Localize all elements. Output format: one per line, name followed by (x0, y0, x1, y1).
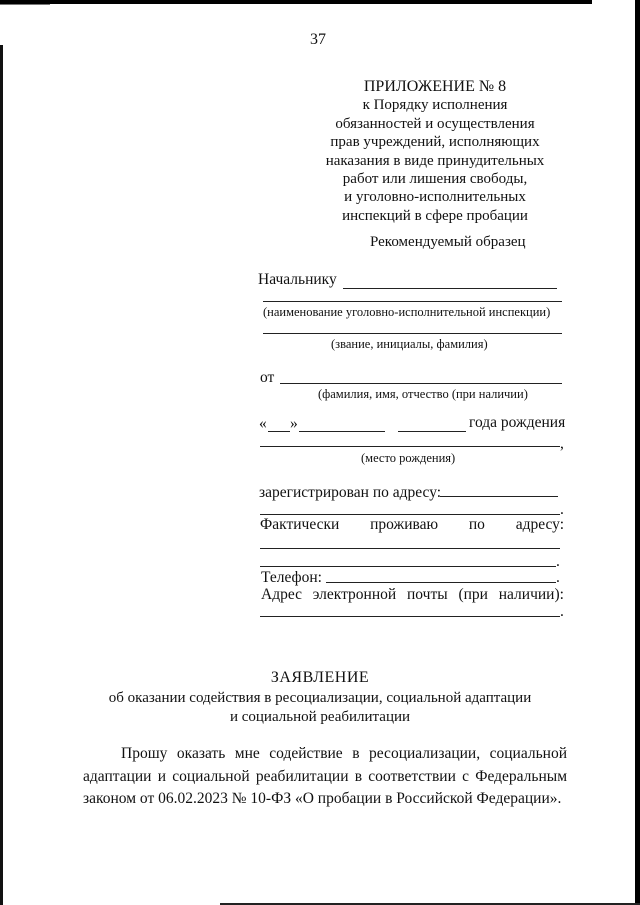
phone-field-line[interactable] (326, 582, 556, 583)
actual-address-field-line-1[interactable] (260, 548, 560, 549)
email-word: электронной (313, 586, 396, 604)
appendix-line: прав учреждений, исполняющих (300, 133, 570, 151)
email-label: Адрес электронной почты (при наличии): (261, 586, 564, 604)
actual-word: Фактически (260, 516, 339, 534)
actual-address-label: Фактически проживаю по адресу: (260, 516, 564, 534)
appendix-line: и уголовно-исполнительных (300, 188, 570, 206)
email-word: почты (407, 586, 448, 604)
to-label: Начальнику (258, 271, 337, 289)
statement-subtitle-line: и социальной реабилитации (60, 708, 580, 727)
date-close-quote: » (290, 415, 298, 433)
date-open-quote: « (259, 415, 267, 433)
scan-border-left (0, 45, 3, 905)
email-period: . (560, 603, 564, 621)
appendix-line: наказания в виде принудительных (300, 152, 570, 170)
birth-day-field-line[interactable] (268, 431, 290, 432)
email-word: Адрес (261, 586, 302, 604)
birthplace-field-line[interactable] (260, 446, 560, 447)
email-field-line[interactable] (260, 616, 560, 617)
appendix-line: работ или лишения свободы, (300, 170, 570, 188)
appendix-line: инспекций в сфере пробации (300, 207, 570, 225)
birthplace-comma: , (560, 435, 564, 453)
phone-period: . (556, 569, 560, 587)
rank-caption: (звание, инициалы, фамилия) (331, 337, 488, 352)
inspection-field-line[interactable] (263, 301, 562, 302)
birth-year-field-line[interactable] (398, 431, 466, 432)
to-field-line[interactable] (343, 288, 557, 289)
page-number: 37 (310, 31, 326, 49)
birthplace-caption: (место рождения) (361, 451, 455, 466)
statement-body: Прошу оказать мне содействие в ресоциали… (83, 743, 567, 811)
inspection-caption: (наименование уголовно-исполнительной ин… (263, 305, 550, 320)
scan-border-top-shadow (0, 4, 50, 5)
actual-word: адресу: (516, 516, 564, 534)
appendix-line: обязанностей и осуществления (300, 115, 570, 133)
from-label: от (260, 369, 274, 387)
appendix-title: ПРИЛОЖЕНИЕ № 8 (300, 78, 570, 96)
birth-month-field-line[interactable] (299, 431, 385, 432)
statement-subtitle: об оказании содействия в ресоциализации,… (60, 689, 580, 726)
fio-caption: (фамилия, имя, отчество (при наличии) (318, 387, 528, 402)
actual-word: по (469, 516, 485, 534)
recommended-sample-label: Рекомендуемый образец (370, 234, 526, 251)
registered-field-line-2[interactable] (260, 514, 560, 515)
email-word: (при (458, 586, 488, 604)
birth-year-label: года рождения (469, 414, 565, 432)
actual-address-field-line-2[interactable] (260, 566, 556, 567)
fio-field-line[interactable] (280, 383, 562, 384)
statement-body-paragraph: Прошу оказать мне содействие в ресоциали… (83, 743, 567, 811)
scan-border-top (0, 0, 592, 4)
phone-label: Телефон: (261, 569, 322, 587)
statement-title: ЗАЯВЛЕНИЕ (60, 669, 580, 687)
registered-field-line-1[interactable] (440, 496, 558, 497)
email-word: наличии): (499, 586, 564, 604)
appendix-header: ПРИЛОЖЕНИЕ № 8 к Порядку исполнения обяз… (300, 78, 570, 225)
statement-subtitle-line: об оказании содействия в ресоциализации,… (60, 689, 580, 708)
actual-word: проживаю (370, 516, 438, 534)
rank-field-line[interactable] (263, 333, 562, 334)
appendix-line: к Порядку исполнения (300, 96, 570, 114)
registered-label: зарегистрирован по адресу: (259, 484, 441, 502)
scan-border-right (635, 0, 640, 905)
